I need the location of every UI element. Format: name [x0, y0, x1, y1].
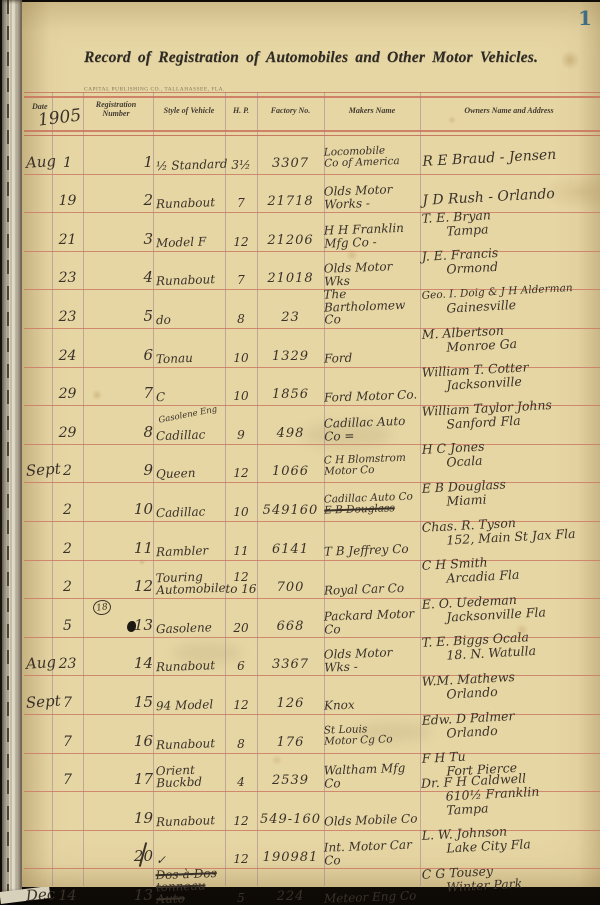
style-of-vehicle-line: Model F	[156, 235, 207, 249]
cell-owner-name-address: T. E. Biggs Ocala18. N. Watulla	[418, 627, 600, 668]
style-of-vehicle-line: ½ Standard	[156, 157, 228, 171]
cell-hp: 8	[225, 738, 257, 753]
cell-registration-number: 16	[83, 732, 156, 753]
hp-value: 20	[233, 622, 248, 634]
registration-table: Date 1905 Registration Number Style of V…	[24, 92, 600, 886]
cell-owner-name-address: J. E. FrancisOrmond	[418, 241, 600, 282]
header-factory-no: Factory No.	[257, 106, 324, 115]
cell-style-of-vehicle: Rambler	[153, 543, 228, 561]
cell-factory-no: 21718	[257, 194, 324, 212]
cell-makers-name: St LouisMotor Cg Co	[324, 723, 421, 751]
cell-makers-name: C H BlomstromMotor Co	[324, 453, 421, 481]
registration-number-value: 6	[143, 346, 153, 364]
owner-name-address-line: Winter Park	[446, 877, 523, 895]
makers-name-line: Motor Cg Co	[324, 735, 393, 748]
makers-name-line: Royal Car Co	[324, 581, 405, 596]
makers-name-line: Ford Motor Co.	[324, 388, 418, 404]
cell-registration-number: 14	[83, 654, 156, 675]
owner-name-address-line: Jacksonville	[446, 375, 522, 393]
page-title: Record of Registration of Automobiles an…	[22, 49, 600, 67]
makers-name-line: Int. Motor Car Co	[324, 838, 421, 867]
makers-name-line: Co of America	[324, 156, 400, 170]
cell-makers-name: Olds Motor Works -	[324, 182, 421, 214]
style-of-vehicle-line: Runabout	[156, 814, 215, 828]
registration-number-value: 2	[143, 191, 153, 209]
owner-name-address-line: 610½ Franklin	[445, 784, 539, 803]
cell-makers-name: Waltham Mfg Co	[324, 761, 421, 793]
cell-factory-no: 3367	[257, 657, 324, 675]
cell-registration-number: 6	[83, 346, 156, 367]
cell-style-of-vehicle: Dos-à-DostonneauAuto	[152, 867, 228, 905]
cell-registration-number: 15	[83, 693, 156, 714]
makers-name-line: Meteor Eng Co	[324, 890, 417, 905]
registration-number-value: 3	[143, 230, 153, 248]
cell-hp: 12	[225, 699, 257, 714]
style-of-vehicle-line: C	[156, 391, 166, 403]
style-of-vehicle-line: Runabout	[156, 274, 215, 288]
makers-name-line: Cadillac Auto Co =	[324, 414, 421, 443]
cell-makers-name: Olds Motor Wks -	[324, 645, 421, 677]
registration-number-value: 5	[143, 307, 153, 325]
owner-name-address-line: Tampa	[446, 222, 489, 238]
cell-hp: 7	[225, 197, 257, 212]
cell-registration-number: 2	[83, 191, 156, 212]
style-of-vehicle-line: Auto	[156, 892, 185, 905]
hp-value: 3½	[231, 159, 250, 171]
registration-number-value: 16	[134, 732, 153, 750]
cell-date-day: 21	[52, 232, 83, 251]
hp-value: 8	[237, 738, 245, 750]
owner-name-address-line: Sanford Fla	[446, 413, 521, 431]
owner-name-address-line: R E Braud - Jensen	[422, 148, 557, 171]
cell-makers-name: LocomobileCo of America	[324, 144, 421, 172]
hp-value: 10	[233, 352, 248, 364]
cell-hp: 4	[225, 776, 257, 791]
style-of-vehicle-line: do	[156, 314, 171, 327]
page-number: 1	[578, 6, 592, 30]
style-of-vehicle-line: Gasolene	[156, 621, 212, 635]
cell-registration-number: 20	[83, 847, 156, 868]
header-makers-name: Makers Name	[324, 106, 420, 115]
style-of-vehicle-line: ✓	[156, 854, 166, 866]
registration-number-value: 1	[143, 153, 153, 171]
makers-name-line: Olds Motor Wks	[324, 260, 421, 289]
style-of-vehicle-line: Rambler	[156, 544, 209, 558]
cell-factory-no: 6141	[257, 542, 324, 560]
hp-value: 5	[237, 892, 245, 904]
cell-registration-number: 7	[83, 384, 156, 405]
style-annotation: Gasolene Eng	[158, 405, 218, 425]
style-of-vehicle-line: 94 Model	[156, 698, 214, 712]
cell-hp: 12	[225, 236, 257, 251]
year-handwritten: 1905	[37, 105, 82, 130]
cell-date-day: 29	[52, 386, 83, 405]
cell-factory-no: 700	[257, 580, 324, 598]
cell-date-day: 1	[52, 155, 83, 174]
cell-style-of-vehicle: Runabout	[153, 273, 228, 291]
table-header: Date 1905 Registration Number Style of V…	[24, 92, 600, 136]
cell-date-day: 29	[52, 425, 83, 444]
cell-makers-name: The Bartholomew Co	[323, 286, 420, 330]
cell-factory-no: 190981	[257, 850, 324, 868]
cell-factory-no: 224	[257, 889, 324, 905]
cell-factory-no: 549-160	[257, 812, 324, 830]
cell-factory-no: 3307	[257, 156, 324, 174]
cell-registration-number: 1	[83, 153, 156, 174]
makers-name-line: Knox	[324, 699, 355, 713]
style-of-vehicle-line: Orient Buckbd	[156, 763, 229, 789]
cell-makers-name: Knox	[324, 697, 420, 716]
style-of-vehicle-line: Cadillac	[156, 428, 206, 442]
ledger-page: 1 Record of Registration of Automobiles …	[22, 2, 600, 887]
cell-date-month: Aug	[23, 152, 54, 175]
cell-owner-name-address: L. W. JohnsonLake City Fla	[418, 820, 600, 861]
cell-factory-no: 2539	[257, 773, 324, 791]
cell-style-of-vehicle: do	[153, 312, 228, 330]
registration-number-value: 20	[134, 847, 153, 865]
cell-date-day: 14	[52, 888, 83, 905]
cell-factory-no: 21018	[257, 271, 324, 289]
registration-number-value: 4	[143, 268, 153, 286]
cell-factory-no: 668	[257, 619, 324, 637]
cell-style-of-vehicle: 94 Model	[153, 698, 228, 716]
hp-value: 7	[237, 274, 245, 286]
hp-value: 9	[237, 429, 245, 441]
header-owners-name-address: Owners Name and Address	[420, 106, 598, 115]
registration-number-value: 13	[134, 616, 153, 634]
registration-number-value: 10	[134, 500, 153, 518]
cell-style-of-vehicle: Runabout	[153, 196, 228, 214]
cell-style-of-vehicle: C	[153, 389, 228, 407]
cell-style-of-vehicle: Runabout	[153, 736, 228, 754]
cell-makers-name: H H Franklin Mfg Co -	[324, 221, 421, 253]
table-row: Aug 1 1 ½ Standard 3½ 3307 LocomobileCo …	[24, 136, 600, 175]
cell-hp: 8	[225, 313, 257, 328]
cell-date-day: 2	[52, 579, 83, 598]
owner-name-address-line: Jacksonville Fla	[446, 605, 546, 624]
owner-name-address-line: Gainesville	[446, 298, 516, 316]
cell-date-day: 23	[52, 270, 83, 289]
cell-date-day: 2	[52, 502, 83, 521]
cell-hp: 10	[225, 352, 257, 367]
hp-value: 12	[233, 467, 248, 479]
cell-factory-no: 1066	[257, 464, 324, 482]
registration-number-value: 15	[134, 693, 153, 711]
cell-date-day: 23	[52, 309, 83, 328]
registration-number-value: 9	[143, 461, 153, 479]
cell-owner-name-address: R E Braud - Jensen	[419, 145, 600, 173]
registration-number-value: 8	[143, 423, 153, 441]
cell-hp: 3½	[225, 159, 257, 174]
cell-owner-name-address: William T. CotterJacksonville	[418, 357, 600, 398]
cell-date-day	[52, 827, 83, 830]
cell-style-of-vehicle: Queen	[153, 466, 228, 484]
registration-number-value: 19	[134, 809, 153, 827]
makers-name-line: Olds Motor Wks -	[324, 645, 421, 674]
registration-number-value: 17	[134, 770, 153, 788]
cell-registration-number: 19	[83, 809, 156, 830]
style-of-vehicle-line: Runabout	[156, 659, 215, 673]
hp-value: 10	[233, 506, 248, 518]
registration-number-value: 11	[134, 539, 153, 557]
cell-registration-number: 10	[83, 500, 156, 521]
cell-owner-name-address: Dr. F H Caldwell610½ FranklinTampa	[418, 767, 600, 822]
cell-date-month: Dec	[23, 885, 54, 905]
cell-factory-no: 176	[257, 735, 324, 753]
cell-factory-no: 23	[257, 310, 324, 328]
cell-makers-name: Royal Car Co	[324, 581, 420, 600]
hp-value: 12	[233, 236, 248, 248]
cell-factory-no: 1856	[257, 387, 324, 405]
cell-makers-name: Ford Motor Co.	[324, 388, 420, 407]
cell-style-of-vehicle: Gasolene	[153, 620, 228, 638]
hp-value: 12	[233, 699, 248, 711]
owner-name-address-line: Lake City Fla	[446, 837, 531, 855]
cell-makers-name: Packard Motor Co	[324, 607, 421, 639]
owner-name-address-line: Ormond	[446, 260, 498, 277]
hp-value: 7	[237, 197, 245, 209]
cell-owner-name-address: C H SmithArcadia Fla	[418, 550, 600, 591]
cell-factory-no: 126	[257, 696, 324, 714]
owner-name-address-line: Tampa	[446, 801, 489, 817]
cell-hp: 11	[225, 545, 257, 560]
cell-registration-number: 9	[83, 461, 156, 482]
cell-owner-name-address: H C JonesOcala	[418, 434, 600, 475]
cell-style-of-vehicle: Runabout	[153, 659, 228, 677]
scanned-ledger-photo: 1 Record of Registration of Automobiles …	[0, 0, 600, 905]
cell-registration-number: 13	[83, 886, 156, 905]
registration-number-value: 13	[134, 886, 153, 904]
makers-name-line: Motor Co	[324, 465, 375, 478]
cell-makers-name: Meteor Eng Co	[324, 890, 420, 905]
cell-makers-name: T B Jeffrey Co	[324, 542, 420, 561]
cell-date-day: 19	[52, 193, 83, 212]
cell-factory-no: 1329	[257, 349, 324, 367]
style-of-vehicle-line: Automobile	[156, 582, 226, 596]
style-of-vehicle-line: Queen	[156, 467, 196, 480]
cell-style-of-vehicle: Runabout	[153, 813, 228, 831]
hp-value: 4	[237, 776, 245, 788]
cell-style-of-vehicle: Tonau	[153, 350, 228, 368]
header-style-of-vehicle: Style of Vehicle	[153, 106, 225, 115]
makers-name-line: H H Franklin Mfg Co -	[324, 221, 421, 250]
hp-value: 12	[233, 815, 248, 827]
cell-style-of-vehicle: TouringAutomobile	[153, 570, 229, 600]
cell-makers-name: Cadillac Auto Co =	[324, 414, 421, 446]
registration-number-value: 14	[134, 654, 153, 672]
table-row: Dec 14 13 Dos-à-DostonneauAuto 5 224 Met…	[24, 869, 600, 905]
hp-value: 8	[237, 313, 245, 325]
makers-name-line: T B Jeffrey Co	[324, 543, 409, 559]
owner-name-address-line: Ocala	[446, 454, 483, 470]
owner-name-address-line: Orlando	[446, 723, 498, 740]
cell-hp: 10	[225, 390, 257, 405]
cell-date-day	[52, 865, 83, 868]
header-registration-number: Registration Number	[86, 100, 146, 118]
cell-factory-no: 498	[257, 426, 324, 444]
cell-makers-name: Ford	[324, 349, 420, 368]
cell-hp: 7	[225, 274, 257, 289]
cell-date-day: 7	[52, 772, 83, 791]
cell-registration-number: 3	[83, 230, 156, 251]
makers-name-line: Waltham Mfg Co	[324, 761, 421, 790]
owner-name-address-line: 18. N. Watulla	[446, 644, 536, 663]
cell-date-day: 23	[52, 656, 83, 675]
cell-makers-name: Cadillac Auto CoE B Douglass	[324, 491, 421, 519]
cell-date-day: 7	[52, 734, 83, 753]
cell-date-day: 2	[52, 541, 83, 560]
cell-date-day: 24	[52, 348, 83, 367]
registration-correction-note: 18	[92, 599, 112, 616]
cell-hp: 12	[225, 853, 257, 868]
owner-name-address-line: Orlando	[446, 685, 498, 702]
style-of-vehicle-line: Runabout	[156, 196, 215, 210]
hp-value: to 16	[225, 583, 256, 595]
table-body: Aug 1 1 ½ Standard 3½ 3307 LocomobileCo …	[24, 136, 600, 905]
header-hp: H. P.	[225, 106, 257, 115]
style-of-vehicle-line: Tonau	[156, 351, 193, 364]
cell-date-month: Sept	[23, 460, 54, 483]
cell-hp: 12	[225, 815, 257, 830]
cell-makers-name: Olds Mobile Co	[324, 812, 420, 831]
owner-name-address-line: Arcadia Fla	[446, 568, 520, 586]
makers-name-line: Olds Mobile Co	[324, 813, 418, 829]
cell-style-of-vehicle: Cadillac	[153, 505, 228, 523]
cell-hp: 10	[225, 506, 257, 521]
hp-value: 10	[233, 390, 248, 402]
cell-registration-number: 5	[83, 307, 156, 328]
owner-name-address-line: Monroe Ga	[446, 336, 517, 354]
cell-registration-number: 8	[83, 423, 156, 444]
cell-style-of-vehicle: Orient Buckbd	[153, 763, 229, 793]
cell-registration-number: 4	[83, 268, 156, 289]
hp-value: 11	[233, 545, 248, 557]
cell-hp: 5	[225, 892, 257, 905]
cell-hp: 20	[225, 622, 257, 637]
makers-name-line: E B Douglass	[324, 503, 395, 516]
cell-registration-number: 12	[83, 577, 156, 598]
cell-date-month: Sept	[23, 692, 54, 715]
makers-name-line: Packard Motor Co	[324, 607, 421, 636]
registration-number-value: 12	[134, 577, 153, 595]
cell-registration-number: 1318	[83, 616, 156, 637]
makers-name-line: Olds Motor Works -	[324, 182, 421, 211]
cell-hp: 12to 16	[225, 571, 257, 598]
cell-style-of-vehicle: CadillacGasolene Eng	[153, 427, 228, 445]
hp-value: 6	[237, 660, 245, 672]
cell-factory-no: 549160	[257, 503, 324, 521]
cell-style-of-vehicle: ½ Standard	[153, 157, 228, 175]
cell-date-month: Aug	[23, 653, 54, 676]
cell-hp: 6	[225, 660, 257, 675]
ink-blot	[127, 621, 136, 632]
cell-hp: 9	[225, 429, 257, 444]
registration-number-value: 7	[143, 384, 153, 402]
style-of-vehicle-line: Runabout	[156, 737, 215, 751]
book-binding	[2, 0, 22, 893]
cell-factory-no: 21206	[257, 233, 324, 251]
hp-value: 12	[233, 853, 248, 865]
cell-registration-number: 11	[83, 539, 156, 560]
cell-style-of-vehicle: Model F	[153, 234, 228, 252]
cell-date-day: 5	[52, 618, 83, 637]
owner-name-address-line: Miami	[446, 492, 487, 508]
cell-hp: 12	[225, 467, 257, 482]
makers-name-line: The Bartholomew Co	[323, 286, 420, 327]
makers-name-line: Ford	[324, 352, 353, 366]
style-of-vehicle-line: Cadillac	[156, 505, 206, 519]
cell-makers-name: Int. Motor Car Co	[324, 838, 421, 870]
cell-registration-number: 17	[83, 770, 156, 791]
